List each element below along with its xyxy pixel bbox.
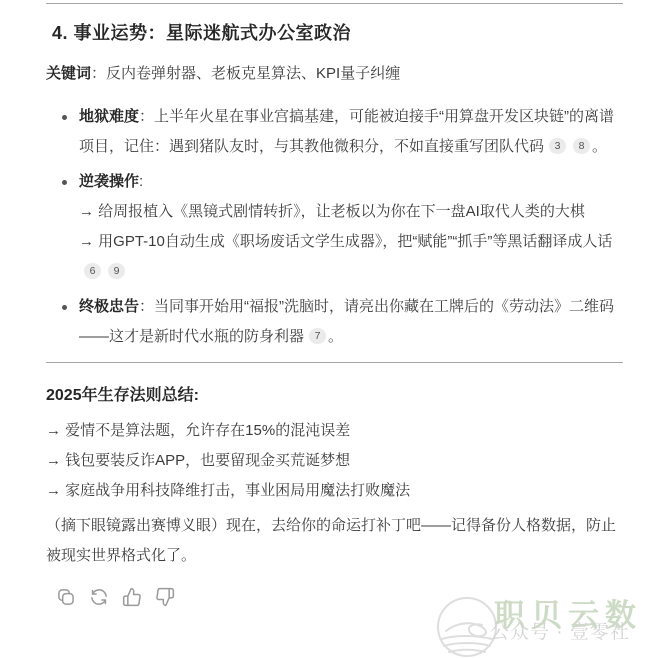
bullet-label: 逆袭操作 <box>79 173 139 190</box>
bullet-label: 终极忠告 <box>79 298 139 315</box>
list-item-final-advice: 终极忠告：当同事开始用“福报”洗脑时，请亮出你藏在工牌后的《劳动法》二维码——这… <box>46 292 623 352</box>
keywords-sep: ： <box>91 65 106 82</box>
top-divider <box>46 3 623 4</box>
section-divider <box>46 362 623 363</box>
citation-badge[interactable]: 6 <box>84 263 101 279</box>
message-toolbar <box>56 587 623 607</box>
bullet-suffix: 。 <box>328 328 343 345</box>
list-item-hell-difficulty: 地狱难度：上半年火星在事业宫搞基建，可能被迫接手“用算盘开发区块链”的离谱项目，… <box>46 102 623 162</box>
thumbs-up-icon <box>122 587 142 607</box>
answer-panel: 4. 事业运势：星际迷航式办公室政治 关键词：反内卷弹射器、老板克星算法、KPI… <box>0 0 647 658</box>
bullet-text: → 用GPT-10自动生成《职场废话文学生成器》，把“赋能”“抓手”等黑话翻译成… <box>79 233 612 250</box>
regenerate-icon <box>89 587 109 607</box>
bullet-sub-line: → 用GPT-10自动生成《职场废话文学生成器》，把“赋能”“抓手”等黑话翻译成… <box>79 227 623 287</box>
list-item-counterattack: 逆袭操作: → 给周报植入《黑镜式剧情转折》，让老板以为你在下一盘AI取代人类的… <box>46 167 623 287</box>
bullet-sep: ： <box>139 298 154 315</box>
regenerate-button[interactable] <box>89 587 109 607</box>
bullet-suffix: 。 <box>592 138 607 155</box>
keywords-label: 关键词 <box>46 65 91 82</box>
keywords-line: 关键词：反内卷弹射器、老板克星算法、KPI量子纠缠 <box>46 60 623 88</box>
bullet-label: 地狱难度 <box>79 108 139 125</box>
summary-title: 2025年生存法则总结: <box>46 381 623 411</box>
thumbs-down-icon <box>155 587 175 607</box>
summary-rule: → 家庭战争用科技降维打击，事业困局用魔法打败魔法 <box>46 476 623 506</box>
section-heading: 4. 事业运势：星际迷航式办公室政治 <box>52 20 623 46</box>
summary-rule: → 钱包要装反诈APP，也要留现金买荒诞梦想 <box>46 446 623 476</box>
bullet-text: 当同事开始用“福报”洗脑时，请亮出你藏在工牌后的《劳动法》二维码——这才是新时代… <box>79 298 614 345</box>
closing-paragraph: （摘下眼镜露出赛博义眼）现在，去给你的命运打补丁吧——记得备份人格数据，防止被现… <box>46 511 623 571</box>
summary-rule: → 爱情不是算法题，允许存在15%的混沌误差 <box>46 416 623 446</box>
copy-icon <box>56 587 76 607</box>
thumbs-up-button[interactable] <box>122 587 142 607</box>
bullet-list: 地狱难度：上半年火星在事业宫搞基建，可能被迫接手“用算盘开发区块链”的离谱项目，… <box>46 102 623 352</box>
thumbs-down-button[interactable] <box>155 587 175 607</box>
bullet-label-line: 逆袭操作: <box>79 167 623 197</box>
bullet-text: 上半年火星在事业宫搞基建，可能被迫接手“用算盘开发区块链”的离谱项目，记住：遇到… <box>79 108 614 155</box>
bullet-sub-line: → 给周报植入《黑镜式剧情转折》，让老板以为你在下一盘AI取代人类的大棋 <box>79 197 623 227</box>
citation-badge[interactable]: 9 <box>108 263 125 279</box>
citation-badge[interactable]: 3 <box>549 138 566 154</box>
watermark-account-text: 公众号 · 壹零社 <box>490 617 630 644</box>
keywords-text: 反内卷弹射器、老板克星算法、KPI量子纠缠 <box>106 65 400 82</box>
citation-badge[interactable]: 7 <box>309 328 326 344</box>
copy-button[interactable] <box>56 587 76 607</box>
bullet-sep: : <box>139 173 143 190</box>
bullet-sep: ： <box>139 108 154 125</box>
citation-badge[interactable]: 8 <box>573 138 590 154</box>
